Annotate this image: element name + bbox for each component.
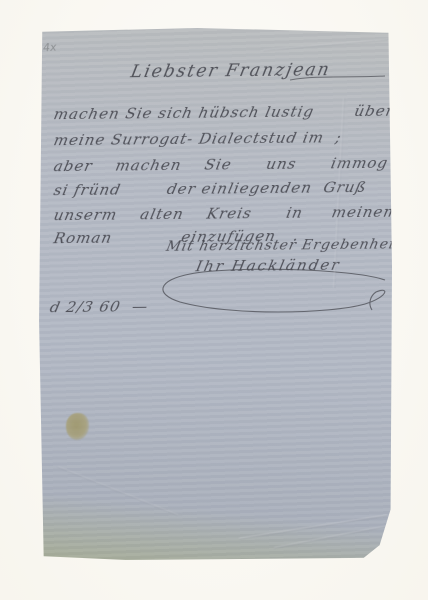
letter-body-line: machen Sie sich hübsch lustig über <box>52 101 387 124</box>
letter-signature: Ihr Hackländer <box>194 255 342 275</box>
pencil-mark: 4x <box>43 41 57 55</box>
paper-crease <box>263 39 388 51</box>
photograph-background: 4x Liebster Franzjean machen Sie sich hü… <box>0 0 428 600</box>
paper-crease <box>57 466 178 516</box>
paper-crease <box>239 514 387 539</box>
letter-heading: Liebster Franzjean <box>129 60 333 82</box>
letter-body-line: aber machen Sie uns immog <box>52 153 387 176</box>
letter-date: d 2/3 60 — <box>48 297 150 316</box>
letter-body-line: si fründ der einliegenden Gruß <box>52 177 387 200</box>
ink-stain <box>66 413 89 440</box>
letter-body-line: meine Surrogat- Dialectstud im ; <box>52 127 387 150</box>
letter-paper: 4x Liebster Franzjean machen Sie sich hü… <box>38 28 392 560</box>
letter-closing: Mit herzlichster Ergebenheit <box>165 237 403 255</box>
